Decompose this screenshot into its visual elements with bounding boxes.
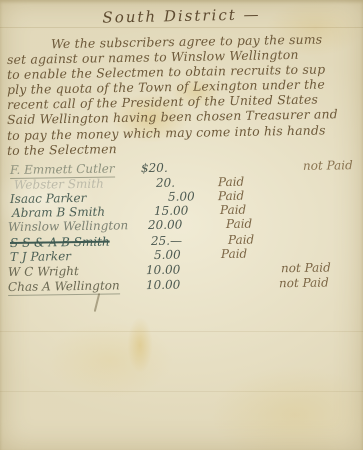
amount: 20.00: [148, 218, 183, 232]
subscriber-name: Isaac Parker: [10, 191, 86, 206]
payment-status: Paid: [221, 247, 247, 261]
amount: 5.00: [154, 248, 181, 262]
payment-status: Paid: [220, 203, 246, 217]
amount: 25.—: [151, 234, 182, 248]
subscriber-name: Webster Smith: [14, 177, 104, 192]
payment-status: Paid: [218, 189, 244, 203]
amount: 20.: [156, 176, 175, 190]
subscriber-name: W C Wright: [8, 264, 79, 279]
amount: $20.: [141, 161, 168, 175]
payment-status: not Paid: [281, 260, 331, 275]
amount: 15.00: [154, 203, 189, 217]
payment-status: not Paid: [303, 158, 353, 173]
document-page: South District — We the subscribers agre…: [0, 0, 363, 450]
payment-status: Paid: [226, 217, 252, 231]
subscriber-name: Winslow Wellington: [8, 218, 128, 234]
title-flourish: —: [243, 5, 260, 23]
amount: 5.00: [168, 189, 195, 203]
pen-stroke: [94, 293, 101, 312]
payment-status: Paid: [218, 175, 244, 189]
title-text: South District: [102, 6, 237, 27]
subscriber-name: T J Parker: [10, 249, 71, 264]
crease-line: [0, 391, 363, 392]
subscriber-name: Abram B Smith: [12, 205, 105, 220]
subscriber-name: S S & A B Smith: [10, 235, 110, 250]
document-title: South District —: [0, 3, 363, 29]
amount: 10.00: [146, 263, 181, 277]
amount: 10.00: [146, 278, 181, 292]
subscriber-name: Chas A Wellington: [8, 278, 120, 296]
payment-status: not Paid: [279, 276, 329, 291]
body-text: We the subscribers agree to pay the sums…: [7, 37, 359, 158]
payment-status: Paid: [228, 233, 254, 247]
crease-line: [0, 331, 363, 332]
